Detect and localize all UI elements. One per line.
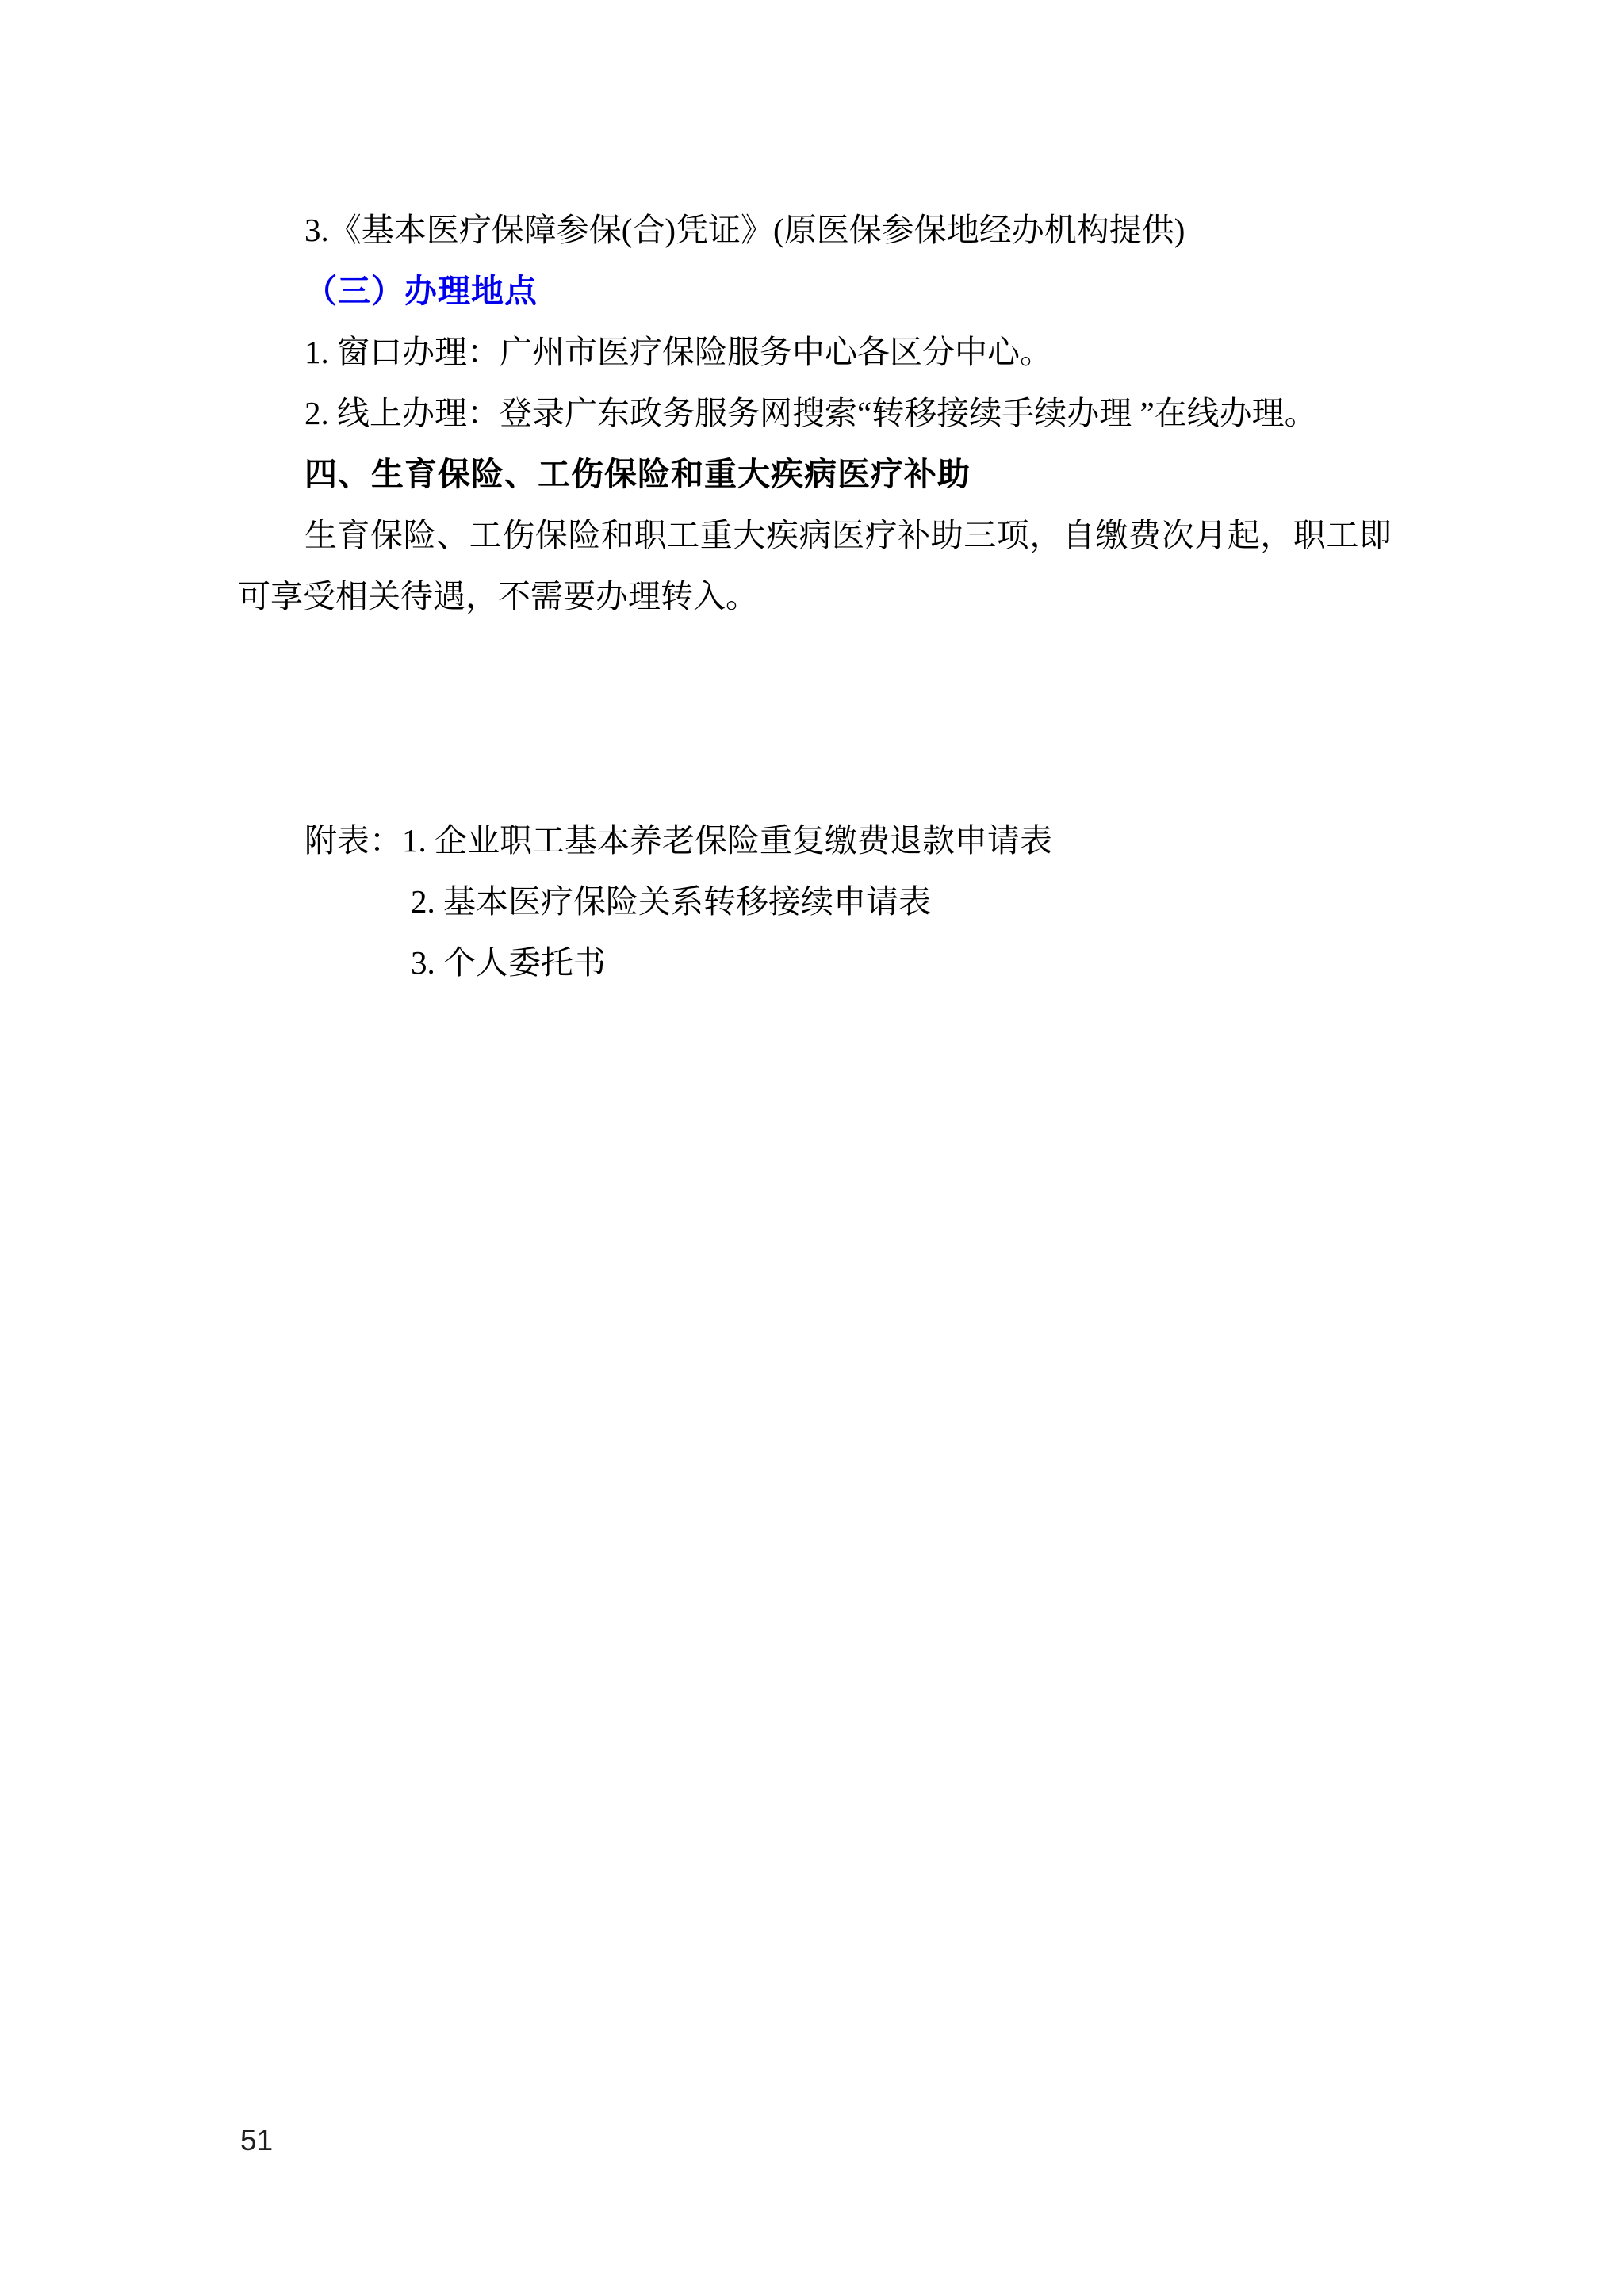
window-service-line: 1. 窗口办理：广州市医疗保险服务中心各区分中心。 <box>238 322 1392 383</box>
blank-gap <box>238 627 1392 810</box>
document-page: 3.《基本医疗保障参保(合)凭证》(原医保参保地经办机构提供) （三）办理地点 … <box>0 0 1624 2296</box>
section4-paragraph-line2: 可享受相关待遇，不需要办理转入。 <box>238 566 1392 627</box>
list-item-certificate: 3.《基本医疗保障参保(合)凭证》(原医保参保地经办机构提供) <box>238 200 1392 261</box>
page-number: 51 <box>240 2122 273 2160</box>
online-service-line: 2. 线上办理：登录广东政务服务网搜索“转移接续手续办理 ”在线办理。 <box>238 383 1392 444</box>
appendix-list-item-3: 3. 个人委托书 <box>238 932 1392 993</box>
heading-section4: 四、生育保险、工伤保险和重大疾病医疗补助 <box>238 444 1392 505</box>
appendix-list-item-1: 附表：1. 企业职工基本养老保险重复缴费退款申请表 <box>238 810 1392 871</box>
document-content: 3.《基本医疗保障参保(合)凭证》(原医保参保地经办机构提供) （三）办理地点 … <box>238 200 1392 993</box>
heading-section3-location: （三）办理地点 <box>238 261 1392 322</box>
appendix-list-item-2: 2. 基本医疗保险关系转移接续申请表 <box>238 871 1392 932</box>
section4-paragraph-line1: 生育保险、工伤保险和职工重大疾病医疗补助三项，自缴费次月起，职工即 <box>238 505 1392 566</box>
